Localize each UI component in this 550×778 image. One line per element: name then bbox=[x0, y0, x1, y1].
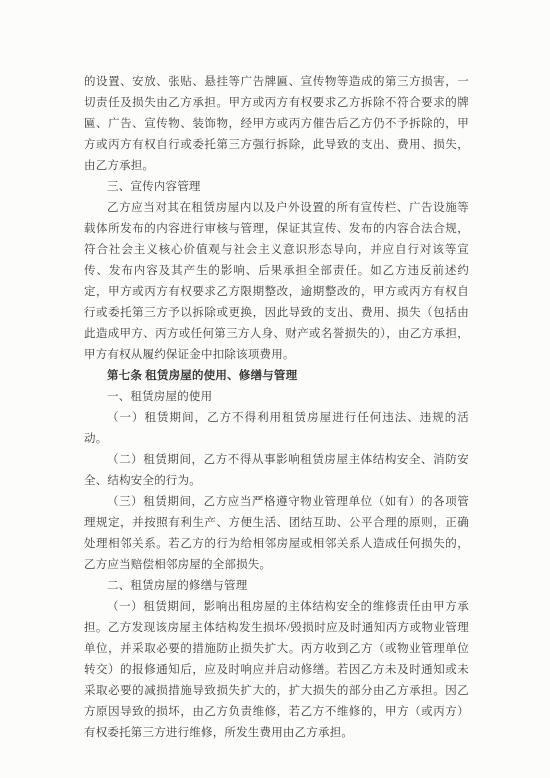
paragraph: 乙方应当对其在租赁房屋内以及户外设置的所有宣传栏、广告设施等载体所发布的内容进行… bbox=[84, 198, 469, 366]
paragraph: 二、租赁房屋的修缮与管理 bbox=[84, 576, 469, 597]
paragraph: （一）租赁期间，乙方不得利用租赁房屋进行任何违法、违规的活动。 bbox=[84, 408, 469, 450]
paragraph: （二）租赁期间，乙方不得从事影响租赁房屋主体结构安全、消防安全、结构安全的行为。 bbox=[84, 450, 469, 492]
clause-heading: 第七条 租赁房屋的使用、修缮与管理 bbox=[84, 366, 469, 387]
paragraph: （一）租赁期间，影响出租房屋的主体结构安全的维修责任由甲方承担。乙方发现该房屋主… bbox=[84, 597, 469, 744]
paragraph: 一、租赁房屋的使用 bbox=[84, 387, 469, 408]
paragraph: 三、宣传内容管理 bbox=[84, 177, 469, 198]
paragraph: （三）租赁期间，乙方应当严格遵守物业管理单位（如有）的各项管理规定，并按照有利生… bbox=[84, 492, 469, 576]
document-page: 的设置、安放、张贴、悬挂等广告牌匾、宣传物等造成的第三方损害，一切责任及损失由乙… bbox=[0, 0, 550, 778]
paragraph: 的设置、安放、张贴、悬挂等广告牌匾、宣传物等造成的第三方损害，一切责任及损失由乙… bbox=[84, 72, 469, 177]
document-body: 的设置、安放、张贴、悬挂等广告牌匾、宣传物等造成的第三方损害，一切责任及损失由乙… bbox=[84, 72, 469, 744]
